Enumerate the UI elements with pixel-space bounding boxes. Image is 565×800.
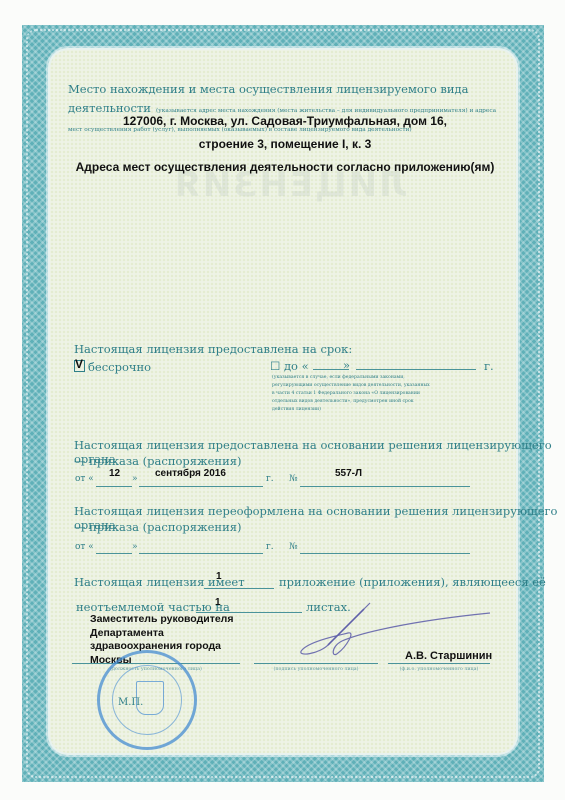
term-unlimited-option[interactable]: Vбессрочно bbox=[74, 359, 151, 374]
appendix-count-line bbox=[204, 588, 274, 589]
term-footnote: (указывается в случае, если федеральными… bbox=[272, 374, 432, 414]
reissued-close-quote: » bbox=[132, 542, 138, 552]
term-unlimited-label: бессрочно bbox=[88, 360, 151, 374]
granted-heading-2: — приказа (распоряжения) bbox=[74, 454, 241, 468]
granted-date-line bbox=[139, 486, 263, 487]
granted-year-suffix: г. bbox=[266, 474, 274, 484]
granted-day-line bbox=[96, 486, 132, 487]
granted-day: 12 bbox=[109, 468, 120, 479]
appendix-count: 1 bbox=[216, 571, 222, 582]
granted-number: 557-Л bbox=[335, 468, 362, 479]
term-date-line bbox=[356, 369, 476, 370]
reissued-year-suffix: г. bbox=[266, 542, 274, 552]
appendix-text-after: приложение (приложения), являющееся её bbox=[279, 575, 546, 589]
official-stamp bbox=[97, 650, 197, 750]
name-caption: (ф.и.о. уполномоченного лица) bbox=[388, 667, 490, 672]
appendix-sheets-count: 1 bbox=[215, 597, 221, 608]
term-close-quote: » bbox=[343, 358, 350, 372]
granted-number-line bbox=[300, 486, 470, 487]
checkbox-checked-icon[interactable]: V bbox=[74, 360, 85, 372]
granted-month-year: сентября 2016 bbox=[155, 468, 226, 479]
reissued-date-line bbox=[139, 553, 263, 554]
term-until-option[interactable]: ☐ до « bbox=[270, 359, 309, 373]
stamp-place-label: М.П. bbox=[118, 697, 143, 708]
signature-caption: (подпись уполномоченного лица) bbox=[254, 667, 378, 672]
term-until-label: до « bbox=[284, 359, 309, 373]
granted-from-label: от « bbox=[75, 474, 94, 484]
address-line-2: строение 3, помещение I, к. 3 bbox=[60, 137, 510, 151]
address-line-1: 127006, г. Москва, ул. Садовая-Триумфаль… bbox=[60, 114, 510, 128]
reissued-heading-2: — приказа (распоряжения) bbox=[74, 520, 241, 534]
checkbox-empty-icon[interactable]: ☐ bbox=[270, 359, 280, 373]
term-heading: Настоящая лицензия предоставлена на срок… bbox=[74, 342, 352, 356]
reissued-number-label: № bbox=[289, 542, 298, 552]
signature-scribble bbox=[290, 595, 490, 665]
granted-number-label: № bbox=[289, 474, 298, 484]
reissued-from-label: от « bbox=[75, 542, 94, 552]
reissued-number-line bbox=[300, 553, 470, 554]
addresses-note: Адреса мест осуществления деятельности с… bbox=[60, 160, 510, 174]
granted-close-quote: » bbox=[132, 474, 138, 484]
term-year-suffix: г. bbox=[484, 359, 494, 373]
reissued-day-line bbox=[96, 553, 132, 554]
